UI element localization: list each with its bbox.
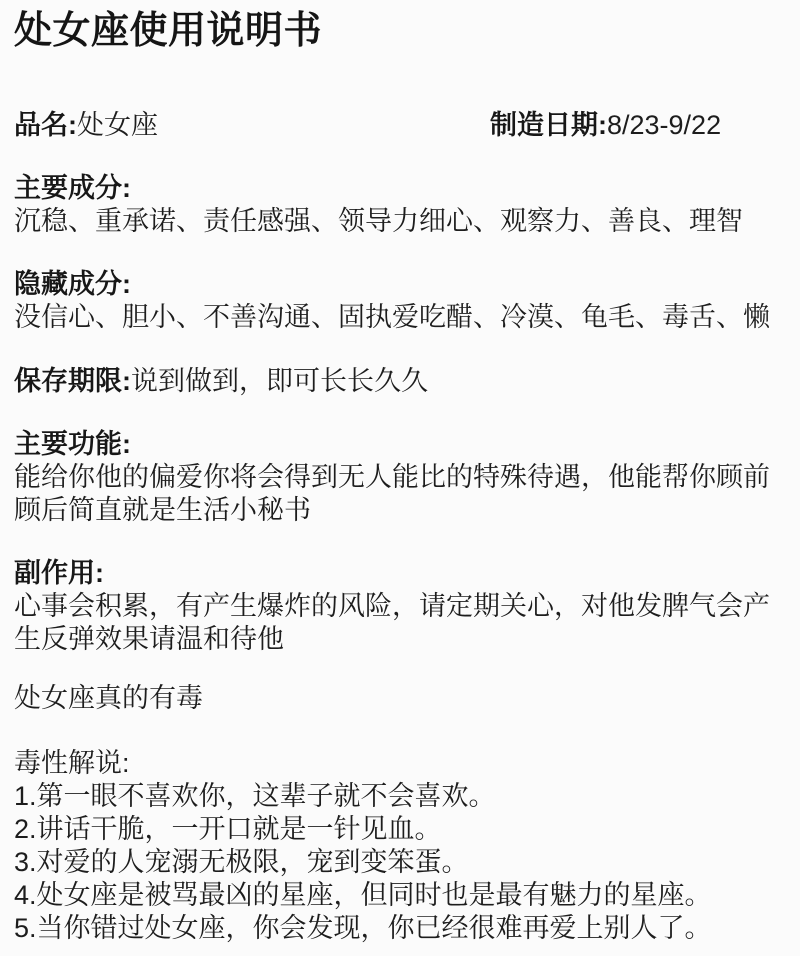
section-toxicity: 毒性解说: 1.第一眼不喜欢你，这辈子就不会喜欢。 2.讲话干脆，一开口就是一针…: [14, 747, 788, 945]
toxicity-item: 2.讲话干脆，一开口就是一针见血。: [14, 813, 788, 846]
side-effects-body: 心事会积累，有产生爆炸的风险，请定期关心，对他发脾气会产生反弹效果请温和待他: [14, 590, 788, 656]
toxic-note: 处女座真的有毒: [14, 682, 788, 715]
toxicity-list: 1.第一眼不喜欢你，这辈子就不会喜欢。 2.讲话干脆，一开口就是一针见血。 3.…: [14, 780, 788, 945]
manufacture-date-label: 制造日期:: [490, 110, 607, 140]
document-page: 处女座使用说明书 品名:处女座 制造日期:8/23-9/22 主要成分: 沉稳、…: [0, 0, 800, 956]
product-name-value: 处女座: [77, 110, 158, 140]
main-functions-body: 能给你他的偏爱你将会得到无人能比的特殊待遇，他能帮你顾前顾后简直就是生活小秘书: [14, 461, 788, 527]
manufacture-date: 制造日期:8/23-9/22: [490, 109, 721, 142]
section-shelf-life: 保存期限:说到做到，即可长长久久: [14, 365, 788, 398]
section-main-functions: 主要功能: 能给你他的偏爱你将会得到无人能比的特殊待遇，他能帮你顾前顾后简直就是…: [14, 428, 788, 527]
section-hidden-ingredients: 隐藏成分: 没信心、胆小、不善沟通、固执爱吃醋、冷漠、龟毛、毒舌、懒: [14, 268, 788, 334]
toxicity-item: 1.第一眼不喜欢你，这辈子就不会喜欢。: [14, 780, 788, 813]
section-side-effects: 副作用: 心事会积累，有产生爆炸的风险，请定期关心，对他发脾气会产生反弹效果请温…: [14, 557, 788, 656]
side-effects-label: 副作用:: [14, 557, 788, 590]
hidden-ingredients-body: 没信心、胆小、不善沟通、固执爱吃醋、冷漠、龟毛、毒舌、懒: [14, 301, 788, 334]
manufacture-date-value: 8/23-9/22: [607, 110, 721, 140]
toxicity-label: 毒性解说:: [14, 747, 788, 780]
hidden-ingredients-label: 隐藏成分:: [14, 268, 788, 301]
main-functions-label: 主要功能:: [14, 428, 788, 461]
section-main-ingredients: 主要成分: 沉稳、重承诺、责任感强、领导力细心、观察力、善良、理智: [14, 172, 788, 238]
shelf-life-label: 保存期限:: [14, 366, 131, 396]
product-info-row: 品名:处女座 制造日期:8/23-9/22: [14, 109, 788, 142]
main-ingredients-body: 沉稳、重承诺、责任感强、领导力细心、观察力、善良、理智: [14, 205, 788, 238]
page-title: 处女座使用说明书: [14, 8, 788, 54]
shelf-life-body: 说到做到，即可长长久久: [131, 366, 428, 396]
toxicity-item: 3.对爱的人宠溺无极限，宠到变笨蛋。: [14, 846, 788, 879]
main-ingredients-label: 主要成分:: [14, 172, 788, 205]
toxicity-item: 5.当你错过处女座，你会发现，你已经很难再爱上别人了。: [14, 912, 788, 945]
product-name-label: 品名:: [14, 110, 77, 140]
toxicity-item: 4.处女座是被骂最凶的星座，但同时也是最有魅力的星座。: [14, 879, 788, 912]
